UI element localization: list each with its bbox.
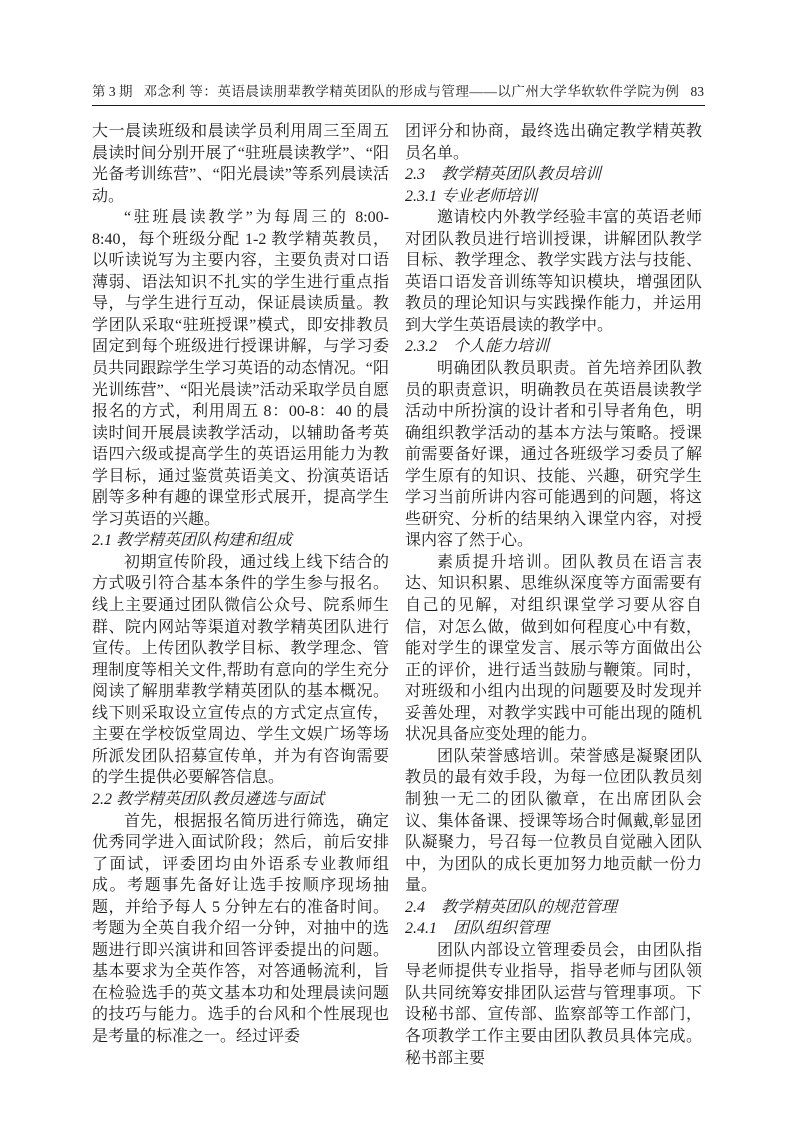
paragraph: 团队荣誉感培训。荣誉感是凝聚团队教员的最有效手段，为每一位团队教员刻制独一无二的… (405, 746, 702, 897)
paragraph: 素质提升培训。团队教员在语言表达、知识积累、思维纵深度等方面需要有自己的见解，对… (405, 552, 702, 746)
paragraph: 邀请校内外教学经验丰富的英语老师对团队教员进行培训授课，讲解团队教学目标、教学理… (405, 207, 702, 336)
section-heading: 2.1 教学精英团队构建和组成 (92, 530, 389, 552)
running-header: 第 3 期 邓念利 等：英语晨读朋辈教学精英团队的形成与管理——以广州大学华软软… (92, 84, 704, 100)
section-heading: 2.4.1 团队组织管理 (405, 918, 702, 940)
paragraph: 首先，根据报名简历进行筛选，确定优秀同学进入面试阶段；然后，前后安排了面试，评委… (92, 811, 389, 1048)
section-heading: 2.3.1 专业老师培训 (405, 186, 702, 208)
article-body: 大一晨读班级和晨读学员利用周三至周五晨读时间分别开展了“驻班晨读教学”、“阳光备… (92, 121, 702, 1069)
paragraph: 大一晨读班级和晨读学员利用周三至周五晨读时间分别开展了“驻班晨读教学”、“阳光备… (92, 121, 389, 207)
issue-number: 第 3 期 (92, 84, 133, 100)
paragraph: 团评分和协商，最终选出确定教学精英教员名单。 (405, 121, 702, 164)
paper-page: 第 3 期 邓念利 等：英语晨读朋辈教学精英团队的形成与管理——以广州大学华软软… (0, 0, 793, 1122)
section-heading: 2.3 教学精英团队教员培训 (405, 164, 702, 186)
right-column: 团评分和协商，最终选出确定教学精英教员名单。2.3 教学精英团队教员培训2.3.… (405, 121, 702, 1069)
section-heading: 2.4 教学精英团队的规范管理 (405, 897, 702, 919)
left-column: 大一晨读班级和晨读学员利用周三至周五晨读时间分别开展了“驻班晨读教学”、“阳光备… (92, 121, 389, 1069)
section-heading: 2.3.2 个人能力培训 (405, 336, 702, 358)
paragraph: 初期宣传阶段，通过线上线下结合的方式吸引符合基本条件的学生参与报名。线上主要通过… (92, 552, 389, 789)
paragraph: 团队内部设立管理委员会，由团队指导老师提供专业指导，指导老师与团队领队共同统筹安… (405, 940, 702, 1069)
running-title: 邓念利 等：英语晨读朋辈教学精英团队的形成与管理——以广州大学华软软件学院为例 (133, 84, 691, 100)
section-heading: 2.2 教学精英团队教员遴选与面试 (92, 789, 389, 811)
paragraph: “驻班晨读教学”为每周三的 8:00-8:40，每个班级分配 1-2 教学精英教… (92, 207, 389, 530)
page-number: 83 (691, 84, 705, 100)
header-rule (92, 105, 705, 106)
paragraph: 明确团队教员职责。首先培养团队教员的职责意识，明确教员在英语晨读教学活动中所扮演… (405, 358, 702, 552)
